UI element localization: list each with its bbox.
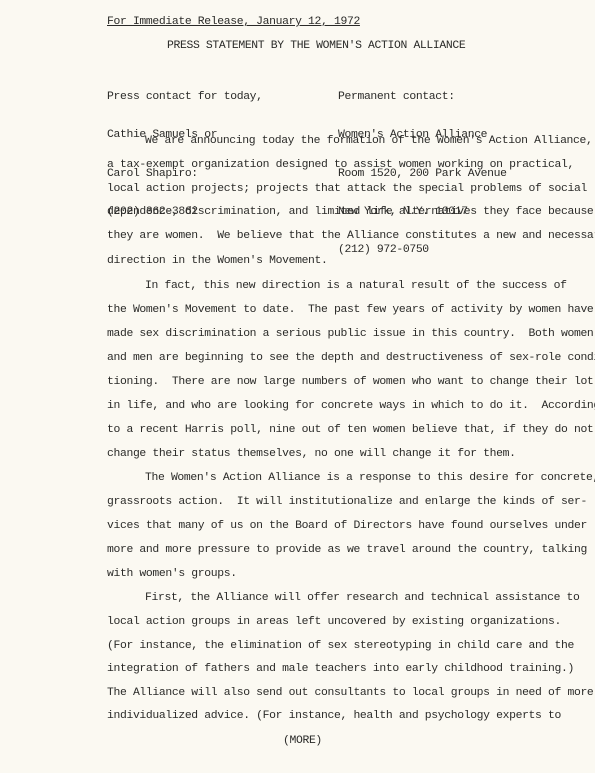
body-line: with women's groups. (107, 568, 237, 581)
body-line: vices that many of us on the Board of Di… (107, 520, 587, 533)
body-line: We are announcing today the formation of… (145, 135, 593, 148)
body-line: local action groups in areas left uncove… (107, 616, 561, 629)
body-line: individualized advice. (For instance, he… (107, 710, 561, 723)
more-marker: (MORE) (283, 735, 322, 748)
body-line: dependence, discrimination, and limited … (107, 206, 593, 219)
body-line: more and more pressure to provide as we … (107, 544, 587, 557)
body-line: direction in the Women's Movement. (107, 255, 328, 268)
body-line: The Alliance will also send out consulta… (107, 687, 593, 700)
body-line: tioning. There are now large numbers of … (107, 376, 593, 389)
contact-line: (212) 972-0750 (338, 244, 507, 256)
body-line: local action projects; projects that att… (107, 183, 587, 196)
body-line: in life, and who are looking for concret… (107, 400, 595, 413)
body-line: they are women. We believe that the Alli… (107, 230, 595, 243)
body-line: In fact, this new direction is a natural… (145, 280, 567, 293)
contact-line: Press contact for today, (107, 91, 263, 103)
body-line: (For instance, the elimination of sex st… (107, 640, 574, 653)
document-title: PRESS STATEMENT BY THE WOMEN'S ACTION AL… (167, 40, 465, 53)
body-line: and men are beginning to see the depth a… (107, 352, 595, 365)
body-line: The Women's Action Alliance is a respons… (145, 472, 595, 485)
permanent-contact: Permanent contact: Women's Action Allian… (338, 65, 507, 282)
document-page: For Immediate Release, January 12, 1972 … (0, 0, 595, 773)
body-line: made sex discrimination a serious public… (107, 328, 593, 341)
body-line: integration of fathers and male teachers… (107, 663, 574, 676)
body-line: First, the Alliance will offer research … (145, 592, 580, 605)
contact-line: Permanent contact: (338, 91, 507, 103)
body-line: grassroots action. It will institutional… (107, 496, 587, 509)
body-line: to a recent Harris poll, nine out of ten… (107, 424, 593, 437)
body-line: a tax-exempt organization designed to as… (107, 159, 574, 172)
body-line: the Women's Movement to date. The past f… (107, 304, 593, 317)
release-date-line: For Immediate Release, January 12, 1972 (107, 16, 360, 29)
body-line: change their status themselves, no one w… (107, 448, 516, 461)
